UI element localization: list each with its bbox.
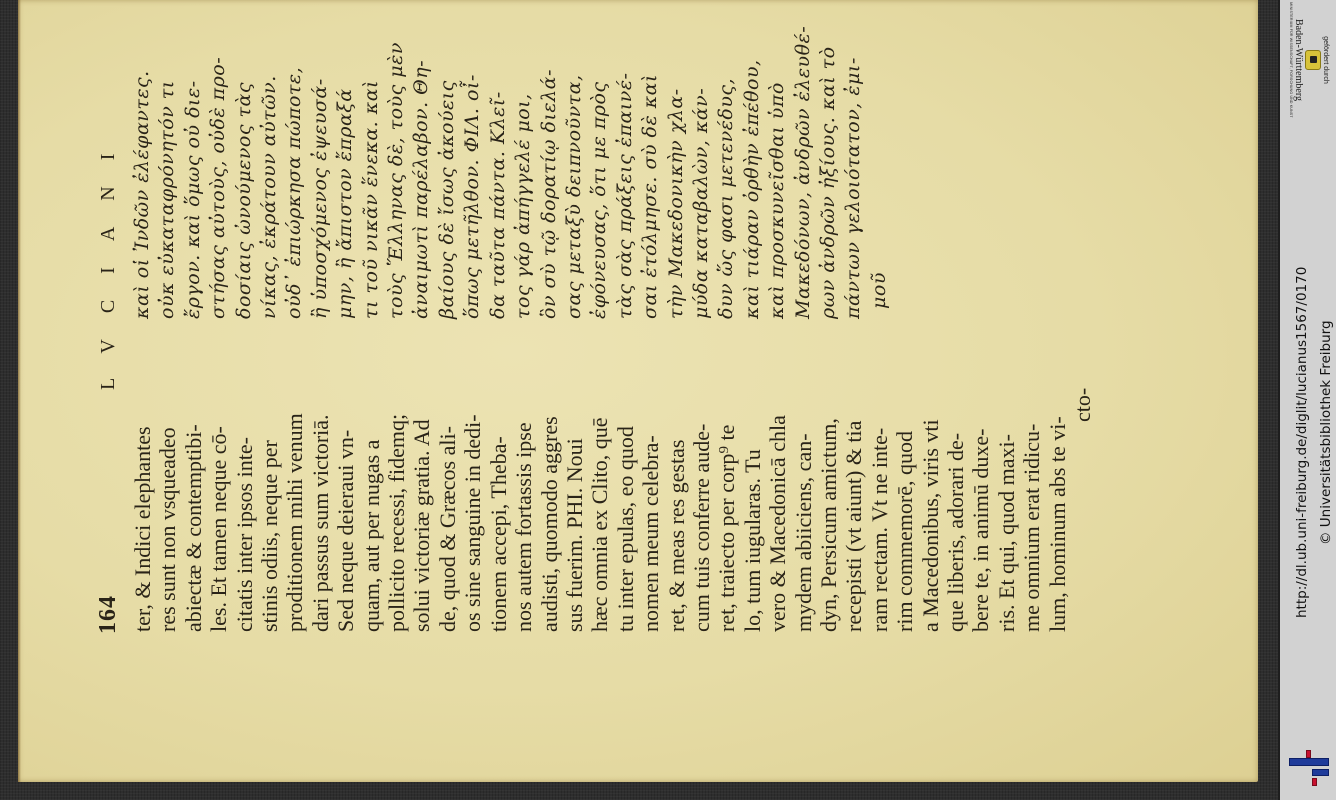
text-line: τοὺς Ἕλληνας δὲ, τοὺς μὲν: [384, 0, 409, 319]
text-line: μην, ἢ ἄπιστον ἔπραξά: [333, 0, 358, 319]
text-line: ὃν σὺ τῷ δορατίῳ διελά-: [537, 0, 562, 319]
text-line: στήσας αὐτοὺς, οὐδὲ προ-: [206, 0, 231, 319]
text-line: ris. Et qui, quod maxi-: [994, 333, 1019, 632]
text-line: les. Et tamen neque cō-: [206, 333, 231, 632]
text-line: μύδα καταβαλὼν, κάν-: [689, 0, 714, 319]
permalink-url[interactable]: http://dl.ub.uni-freiburg.de/diglit/luci…: [1294, 267, 1310, 618]
rotated-text-block: 164 LVCIANI ter, & Indici elephantesres …: [90, 0, 1090, 640]
text-line: vero & Macedonicā chla: [765, 333, 790, 632]
text-line: lum, hominum abs te vi-: [1045, 333, 1070, 632]
catchword: μοῦ: [867, 0, 892, 319]
sponsor-ministry: MINISTERIUM FÜR WISSENSCHAFT, FORSCHUNG …: [1289, 2, 1293, 117]
text-line: οὐκ εὐκαταφρόνητόν τι: [155, 0, 180, 319]
text-line: Μακεδόνων, ἀνδρῶν ἐλευθέ-: [791, 0, 816, 319]
text-line: σαι ἐτόλμησε. σὺ δὲ καὶ: [638, 0, 663, 319]
text-line: ἐφόνευσας, ὅτι με πρὸς: [587, 0, 612, 319]
running-head: 164 LVCIANI: [90, 0, 126, 640]
text-line: Sed neque deieraui vn-: [333, 333, 358, 632]
text-line: ἀναιμωτὶ παρέλαβον. Θη-: [409, 0, 434, 319]
library-logo-icon: [1288, 748, 1332, 788]
text-line: ὅπως μετῆλθον. ΦΙΛ. οἶ-: [460, 0, 485, 319]
text-line: que liberis, adorari de-: [943, 333, 968, 632]
running-title: LVCIANI: [97, 128, 120, 390]
text-line: bere te, in animū duxe-: [968, 333, 993, 632]
text-line: οὐδ᾽ ἐπιώρκησα πώποτε,: [282, 0, 307, 319]
text-line: rim commemorē, quod: [892, 333, 917, 632]
text-line: ἢ ὑποσχόμενος ἐψευσά-: [308, 0, 333, 319]
text-line: os sine sanguine in dedi-: [460, 333, 485, 632]
catchword: cto-: [1070, 333, 1095, 632]
text-line: ret, traiecto per corp⁹ te: [714, 333, 739, 632]
text-line: stinis odiis, neque per: [257, 333, 282, 632]
text-line: quam, aut per nugas a: [359, 333, 384, 632]
text-line: de, quod & Græcos ali-: [435, 333, 460, 632]
text-line: cum tuis conferre aude-: [689, 333, 714, 632]
text-line: καὶ προσκυνεῖσθαι ὑπὸ: [765, 0, 790, 319]
text-line: καὶ οἱ Ἰνδῶν ἐλέφαντες.: [130, 0, 155, 319]
text-line: ter, & Indici elephantes: [130, 333, 155, 632]
text-line: δα ταῦτα πάντα. Κλεῖ-: [486, 0, 511, 319]
text-line: καὶ τιάραν ὀρθὴν ἐπέθου,: [740, 0, 765, 319]
text-line: dari passus sum victoriā.: [308, 333, 333, 632]
greek-column: καὶ οἱ Ἰνδῶν ἐλέφαντες.οὐκ εὐκαταφρόνητό…: [130, 0, 1095, 333]
text-line: dyn, Persicum amictum,: [816, 333, 841, 632]
text-line: nomen meum celebra-: [638, 333, 663, 632]
sponsor-funded-by: gefördert durch: [1322, 36, 1329, 83]
text-line: nos autem fortassis ipse: [511, 333, 536, 632]
text-line: νίκας, ἐκράτουν αὐτῶν.: [257, 0, 282, 319]
text-line: res sunt non vsqueadeo: [155, 333, 180, 632]
text-line: ram rectam. Vt ne inte-: [867, 333, 892, 632]
text-line: δοσίαις ὠνούμενος τὰς: [232, 0, 257, 319]
text-line: tionem accepi, Theba-: [486, 333, 511, 632]
text-line: ρων ἀνδρῶν ἠξίους. καὶ τὸ: [816, 0, 841, 319]
text-line: τι τοῦ νικᾶν ἕνεκα. καὶ: [359, 0, 384, 319]
text-line: πάντων γελοιότατον, ἐμι-: [841, 0, 866, 319]
text-line: τὴν Μακεδονικὴν χλα-: [664, 0, 689, 319]
latin-column: ter, & Indici elephantesres sunt non vsq…: [130, 333, 1095, 640]
text-line: ἔργον. καὶ ὅμως οὐ διε-: [181, 0, 206, 319]
text-line: audisti, quomodo aggres: [537, 333, 562, 632]
text-columns: ter, & Indici elephantesres sunt non vsq…: [130, 0, 1095, 640]
text-line: recepisti (vt aiunt) & tia: [841, 333, 866, 632]
text-line: me omnium erat ridicu-: [1019, 333, 1044, 632]
text-line: mydem abiiciens, can-: [791, 333, 816, 632]
page-number: 164: [95, 595, 122, 634]
text-line: τὰς σὰς πράξεις ἐπαινέ-: [613, 0, 638, 319]
text-line: a Macedonibus, viris vti: [918, 333, 943, 632]
text-line: pollicito recessi, fidemq;: [384, 333, 409, 632]
text-line: ret, & meas res gestas: [664, 333, 689, 632]
text-line: lo, tum iugularas. Tu: [740, 333, 765, 632]
coat-of-arms-icon: [1305, 50, 1321, 70]
sponsor-state: Baden-Württemberg: [1293, 19, 1304, 101]
text-line: δυν ὥς φασι μετενέδυς,: [714, 0, 739, 319]
text-line: citatis inter ipsos inte-: [232, 333, 257, 632]
sponsor-block: gefördert durch Baden-Württemberg MINIST…: [1280, 0, 1336, 120]
text-line: abiectæ & contemptibi-: [181, 333, 206, 632]
text-line: τος γάρ ἀπήγγελέ μοι,: [511, 0, 536, 319]
text-line: solui victoriæ gratia. Ad: [409, 333, 434, 632]
text-line: hæc omnia ex Clito, quē: [587, 333, 612, 632]
text-line: βαίους δὲ ἴσως ἀκούεις: [435, 0, 460, 319]
text-line: tu inter epulas, eo quod: [613, 333, 638, 632]
copyright-notice: © Universitätsbibliothek Freiburg: [1318, 320, 1334, 545]
text-line: sus fuerim. PHI. Noui: [562, 333, 587, 632]
text-line: σας μεταξὺ δειπνοῦντα,: [562, 0, 587, 319]
text-line: proditionem mihi venum: [282, 333, 307, 632]
